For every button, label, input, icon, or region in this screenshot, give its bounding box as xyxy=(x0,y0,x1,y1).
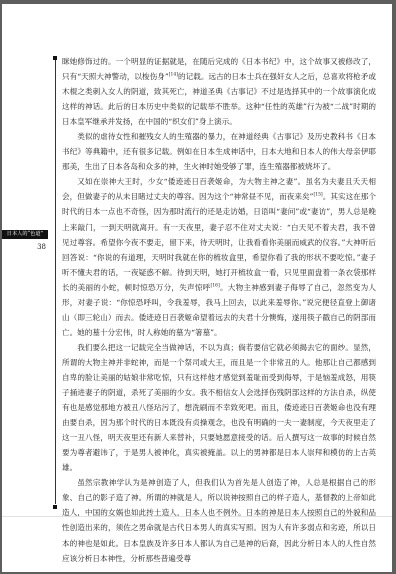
footnote-reference: [14] xyxy=(169,73,178,78)
footnote-reference: [16] xyxy=(210,283,219,288)
paragraph-text: 我们要么把这一记载完全当做神话，不以为真；倘若要信它就必须揭去它的面纱。显然，所… xyxy=(62,343,376,472)
margin-rule xyxy=(55,56,56,504)
paragraph-text: 。其实这在那个时代的日本一点也不奇怪，因为那时流行的还是走访婚，日语叫“妻问”或… xyxy=(62,192,376,291)
chapter-side-tab: 日本人的“色道” xyxy=(2,230,48,239)
paragraph-text: 类似的虐待女性和摧残女人的生殖器的暴力，在神道经典《古事记》及历史教科书《日本书… xyxy=(62,132,376,171)
page-number: 38 xyxy=(34,243,46,251)
paragraph: 又如在崇神大王时，少女“倭迹迹日百袭姬命，为大物主神之妻”。虽名为夫妻且夭天相会… xyxy=(62,174,376,340)
paragraph: 我们要么把这一记载完全当做神话，不以为真；倘若要信它就必须揭去它的面纱。显然，所… xyxy=(62,340,376,475)
paragraph-text: 虽然宗教神学认为是神创造了人，但我们认为首先是人创造了神，人总是根据自己的形象、… xyxy=(62,478,376,562)
paragraph: 眯她修饰过的。一个明显的证据就是，在随后完成的《日本书纪》中，这个故事又被修改了… xyxy=(62,54,376,129)
document-page: 日本人的“色道” 38 眯她修饰过的。一个明显的证据就是，在随后完成的《日本书纪… xyxy=(2,4,392,572)
top-corner-marker xyxy=(53,56,57,60)
body-text: 眯她修饰过的。一个明显的证据就是，在随后完成的《日本书纪》中，这个故事又被修改了… xyxy=(62,54,376,566)
bottom-corner-marker xyxy=(53,505,57,509)
paragraph: 类似的虐待女性和摧残女人的生殖器的暴力，在神道经典《古事记》及历史教科书《日本书… xyxy=(62,129,376,174)
page-edge-line xyxy=(2,516,392,517)
footnote-reference: [15] xyxy=(313,193,322,198)
paragraph: 虽然宗教神学认为是神创造了人，但我们认为首先是人创造了神，人总是根据自己的形象、… xyxy=(62,475,376,565)
